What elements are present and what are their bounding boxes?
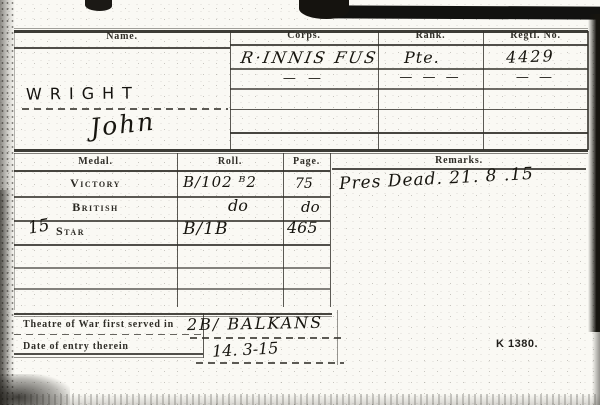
regtno-row-rule [483,132,588,134]
card-top-border-thin [14,28,588,29]
scan-artifact-bottom-band [0,394,600,405]
page-remarks-divider [330,153,331,307]
theatre-of-war-label: Theatre of War first served in [23,319,174,330]
page-ditto-british: do [301,198,320,216]
corps-column-header: Corps. [230,30,378,41]
corps-header-rule [230,44,378,46]
top-table-bottom-border-thin [14,153,588,154]
roll-ditto-british: do [228,196,248,215]
medal-row-rule [14,267,330,269]
name-column-header: Name. [14,31,230,42]
medal-row-rule [14,196,330,198]
corps-row-rule [230,132,378,134]
rank-row-rule [378,109,483,110]
corps-row-rule [230,109,378,110]
scan-artifact-top-left-blob [85,0,112,11]
medal-roll-divider [177,153,178,307]
scan-artifact-right-edge-band [588,14,600,332]
regtno-column-header: Regtl. No. [483,30,588,41]
date-label-rule-thin [14,357,203,358]
medal-column-header: Medal. [14,156,177,167]
rank-row-rule [378,132,483,134]
rank-column-header: Rank. [378,30,483,41]
roll-value-victory: B/102 ᴮ2 [183,173,257,191]
name-header-rule [14,47,230,49]
medal-row-rule [14,244,330,246]
medal-star-handwritten-15: 15 [26,215,51,238]
page-value-star: 465 [287,218,318,237]
date-label-rule [14,353,203,355]
regtno-value: 4429 [506,46,555,67]
corps-row-rule [230,68,378,70]
page-column-header: Page. [283,156,330,167]
scan-artifact-top-right-bar [331,5,600,19]
surname-value: WRIGHT [26,83,140,103]
date-of-entry-label: Date of entry therein [23,341,129,352]
medal-row-rule [14,220,330,222]
roll-value-star: B/1B [183,219,229,239]
corps-row-rule [230,88,378,90]
scan-artifact-left-edge-dark [0,190,12,405]
form-code: K 1380. [496,338,538,350]
top-table-bottom-border [14,149,588,152]
date-value-underline [196,362,344,364]
roll-column-header: Roll. [177,156,283,167]
medal-row-rule [14,288,330,290]
theatre-label-rule [14,334,203,335]
corps-value: R·INNIS FUS [239,48,379,67]
corps-ditto-marks: — — [230,71,378,86]
regtno-header-rule [483,44,588,46]
scanned-medal-index-card: Name. Corps. Rank. Regtl. No. WRIGHT Joh… [0,0,600,405]
roll-page-divider [283,153,284,307]
page-value-victory: 75 [295,176,313,192]
regtno-row-rule [483,88,588,90]
forename-value: John [89,107,157,143]
date-of-entry-value: 14. 3-15 [212,338,279,360]
rank-ditto-marks: — — — [378,70,483,85]
rank-value: Pte. [404,48,440,67]
scan-artifact-top-blob [299,0,349,19]
medal-header-rule [14,170,330,172]
theatre-of-war-value: 2B/ BALKANS [187,313,323,334]
medal-name-victory: Victory [14,176,177,191]
rank-header-rule [378,44,483,46]
medal-name-star: Star [56,224,85,239]
regtno-ditto-marks: — — [483,70,588,85]
remarks-column-header: Remarks. [330,155,588,166]
regtno-row-rule [483,109,588,110]
medal-name-british: British [14,200,177,215]
rank-row-rule [378,88,483,90]
